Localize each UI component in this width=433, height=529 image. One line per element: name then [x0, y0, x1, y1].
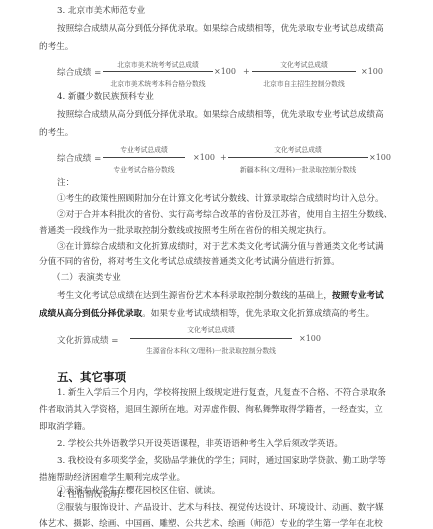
fraction: 文化考试总成绩 生源省份本科(文/理科)一批录取控制分数线	[130, 324, 292, 354]
fraction-bar	[252, 71, 356, 72]
paragraph-text: 。如果专业考试成绩相等，优先录取文化折算成绩高的考生。	[142, 309, 374, 319]
multiply-100: ×100	[214, 67, 236, 76]
fraction-bar	[130, 338, 292, 339]
other-item-3-line2: 措施帮助经济困难学生顺利完成学业。	[39, 473, 433, 484]
note-2-line2: 普通类一段线作为一批录取控制分数线或按照考生所在省份的相关规定执行。	[39, 226, 433, 237]
plus-sign: +	[220, 153, 227, 162]
fraction-denominator: 新疆本科(文/理科)一批录取控制分数线	[228, 164, 368, 174]
plus-sign: +	[243, 67, 250, 76]
multiply-100: ×100	[299, 334, 321, 343]
note-2-line1: ②对于合并本科批次的省份、实行高考综合改革的省份及江苏省，使用自主招生分数线、	[57, 210, 433, 221]
emphasis-text: 成绩从高分到低分择优录取	[39, 309, 142, 319]
section-4-paragraph-line1: 按照综合成绩从高分到低分择优录取。如果综合成绩相等，优先录取专业考试总成绩高	[57, 110, 433, 121]
fraction-bar	[103, 157, 185, 158]
fraction-2: 文化考试总成绩 北京市自主招生控制分数线	[252, 59, 356, 87]
fraction-numerator: 北京市美术统考考试总成绩	[103, 59, 213, 69]
other-item-3-line1: 3. 我校设有多项奖学金，奖励品学兼优的学生；同时，通过国家助学贷款、勤工助学等	[57, 456, 433, 467]
multiply-100: ×100	[361, 67, 383, 76]
fraction-numerator: 文化考试总成绩	[130, 324, 292, 334]
fraction-1: 北京市美术统考考试总成绩 北京市美术统考本科合格分数线	[103, 59, 213, 87]
fraction-denominator: 专业考试合格分数线	[103, 164, 185, 174]
section-4-paragraph-line2: 的考生。	[39, 128, 433, 139]
section-3-paragraph-line1: 按照综合成绩从高分到低分择优录取。如果综合成绩相等，优先录取专业考试总成绩高	[57, 24, 433, 35]
fraction-denominator: 北京市自主招生控制分数线	[252, 78, 356, 88]
other-item-1-line3: 即取消学籍。	[39, 422, 433, 433]
fraction-numerator: 文化考试总成绩	[252, 59, 356, 69]
performance-paragraph-line2: 成绩从高分到低分择优录取。如果专业考试成绩相等，优先录取文化折算成绩高的考生。	[39, 309, 433, 320]
fraction-denominator: 北京市美术统考本科合格分数线	[103, 78, 213, 88]
fraction-numerator: 专业考试总成绩	[103, 144, 185, 154]
notes-title: 注：	[57, 178, 433, 189]
fraction-denominator: 生源省份本科(文/理科)一批录取控制分数线	[130, 345, 292, 355]
performance-title: （二）表演类专业	[52, 273, 433, 284]
formula-label: 文化折算成绩 =	[57, 334, 119, 346]
note-3-line1: ③在计算综合成绩和文化折算成绩时，对于艺术类文化考试满分值与普通类文化考试满	[57, 242, 433, 253]
other-item-1-line2: 件者取消其入学资格，退回生源所在地。对弄虚作假、徇私舞弊取得学籍者，一经查实，立	[39, 405, 433, 416]
fraction-1: 专业考试总成绩 专业考试合格分数线	[103, 144, 185, 172]
section-3-title: 3. 北京市美术师范专业	[57, 6, 433, 17]
fraction-2: 文化考试总成绩 新疆本科(文/理科)一批录取控制分数线	[228, 144, 368, 172]
fraction-bar	[228, 157, 368, 158]
section-3-paragraph-line2: 的考生。	[39, 42, 433, 53]
formula-label: 综合成绩 =	[57, 66, 101, 78]
other-item-4-sub2-line2: 体艺术、摄影、绘画、中国画、雕塑、公共艺术、绘画（师范）专业的学生第一学年在北校	[39, 519, 433, 529]
section-4-title: 4. 新疆少数民族预科专业	[57, 92, 433, 103]
emphasis-text: 按照专业考试	[332, 291, 384, 301]
fraction-numerator: 文化考试总成绩	[228, 144, 368, 154]
other-item-4-sub2-line1: ②服装与服饰设计、产品设计、艺术与科技、视觉传达设计、环境设计、动画、数字媒	[57, 503, 433, 514]
section-heading-other-matters: 五、其它事项	[57, 369, 126, 385]
paragraph-text: 考生文化考试总成绩在达到生源省份艺术本科录取控制分数线的基础上，	[57, 291, 332, 301]
multiply-100: ×100	[369, 153, 391, 162]
formula-label: 综合成绩 =	[57, 152, 101, 164]
performance-paragraph-line1: 考生文化考试总成绩在达到生源省份艺术本科录取控制分数线的基础上，按照专业考试	[57, 291, 433, 302]
note-3-line2: 分值不同的省份，将对考生文化考试总成绩按普通类文化考试满分值进行折算。	[39, 257, 433, 268]
other-item-1-line1: 1. 新生入学后三个月内，学校将按照上级规定进行复查，凡复查不合格、不符合录取条	[57, 388, 433, 399]
other-item-4-sub1: ①表演专业学生在樱花园校区住宿、就读。	[57, 486, 433, 497]
other-item-2: 2. 学校公共外语教学只开设英语课程，非英语语种考生入学后须改学英语。	[57, 439, 433, 450]
multiply-100: ×100	[193, 153, 215, 162]
fraction-bar	[103, 71, 213, 72]
note-1: ①考生的政策性照顾附加分在计算文化考试分数线、计算录取综合成绩时均计入总分。	[57, 194, 433, 205]
